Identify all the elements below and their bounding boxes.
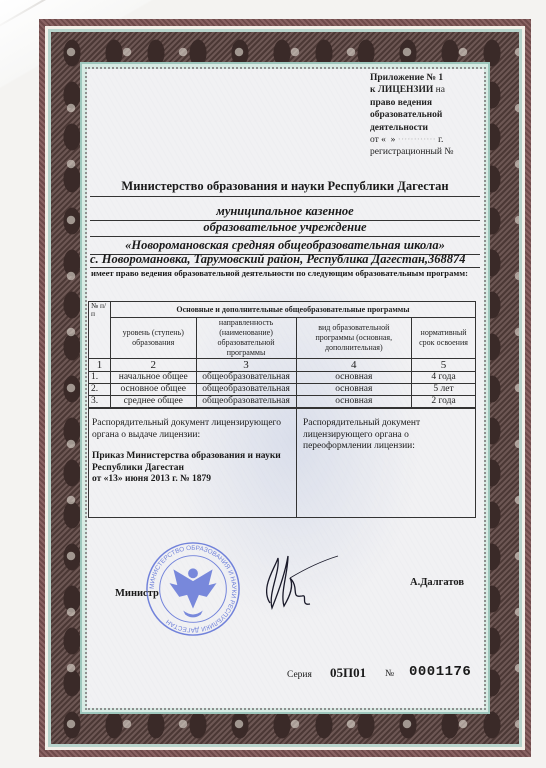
- appendix-date-suffix: г.: [438, 135, 443, 145]
- institution-type-line2: образовательное учреждение: [90, 220, 480, 237]
- col-kind-header: вид образовательной программы (основная,…: [296, 318, 412, 359]
- appendix-date-prefix: от «: [370, 135, 386, 145]
- appendix-license-tail: на: [433, 85, 445, 95]
- appendix-license-ref: к ЛИЦЕНЗИИ на: [370, 84, 485, 96]
- series-label: Серия: [287, 670, 312, 680]
- right-statement: имеет право ведения образовательной деят…: [91, 268, 481, 279]
- appendix-header: Приложение № 1 к ЛИЦЕНЗИИ на право веден…: [370, 72, 485, 159]
- appendix-license-word: к ЛИЦЕНЗИИ: [370, 85, 433, 95]
- row-level: основное общее: [110, 384, 196, 396]
- institution-address: с. Новоромановка, Тарумовский район, Рес…: [90, 252, 480, 268]
- table-row: 3. среднее общее общеобразовательная осн…: [89, 396, 476, 408]
- signatory-name: А.Далгатов: [410, 577, 464, 588]
- row-term: 2 года: [412, 396, 476, 408]
- table-row: 2. основное общее общеобразовательная ос…: [89, 384, 476, 396]
- form-number: 0001176: [409, 664, 471, 680]
- row-kind: основная: [296, 372, 412, 384]
- institution-type-line1: муниципальное казенное: [90, 204, 480, 221]
- column-numbers-row: 1 2 3 4 5: [89, 359, 476, 372]
- issuance-order-line3: от «13» июня 2013 г. № 1879: [92, 474, 297, 486]
- row-direction: общеобразовательная: [196, 396, 296, 408]
- signature-icon: [250, 548, 350, 618]
- issuer-title: Министерство образования и науки Республ…: [90, 179, 480, 197]
- appendix-line4: образовательной: [370, 109, 485, 121]
- col-direction-header: направленность (наименование) образовате…: [196, 318, 296, 359]
- appendix-reg-number: регистрационный №: [370, 146, 485, 158]
- col-level-header: уровень (ступень) образования: [110, 318, 196, 359]
- signatory-title: Министр: [115, 588, 159, 599]
- column-number: 1: [89, 359, 111, 372]
- issuance-order-line2: Республики Дагестан: [92, 463, 297, 475]
- row-level: начальное общее: [110, 372, 196, 384]
- column-number: 2: [110, 359, 196, 372]
- row-direction: общеобразовательная: [196, 372, 296, 384]
- row-level: среднее общее: [110, 396, 196, 408]
- row-term: 5 лет: [412, 384, 476, 396]
- row-num: 3.: [89, 396, 111, 408]
- row-kind: основная: [296, 396, 412, 408]
- issuance-order: Приказ Министерства образования и науки …: [92, 451, 297, 486]
- series-value: 05П01: [330, 665, 366, 681]
- col-number-header: № п/п: [89, 302, 111, 359]
- issuance-document-label: Распорядительный документ лицензирующего…: [92, 418, 292, 441]
- table-group-header: Основные и дополнительные общеобразовате…: [110, 302, 475, 318]
- row-num: 1.: [89, 372, 111, 384]
- appendix-number: Приложение № 1: [370, 72, 485, 84]
- column-number: 5: [412, 359, 476, 372]
- column-number: 3: [196, 359, 296, 372]
- row-term: 4 года: [412, 372, 476, 384]
- col-term-header: нормативный срок освоения: [412, 318, 476, 359]
- reissue-document-label: Распорядительный документ лицензирующего…: [303, 418, 473, 453]
- number-label: №: [385, 669, 394, 679]
- row-num: 2.: [89, 384, 111, 396]
- appendix-line3: право ведения: [370, 97, 485, 109]
- appendix-date: от « » ············ г.: [370, 134, 485, 146]
- row-kind: основная: [296, 384, 412, 396]
- appendix-line5: деятельности: [370, 122, 485, 134]
- issuance-order-line1: Приказ Министерства образования и науки: [92, 451, 297, 463]
- table-row: 1. начальное общее общеобразовательная о…: [89, 372, 476, 384]
- column-number: 4: [296, 359, 412, 372]
- programs-table: № п/п Основные и дополнительные общеобра…: [88, 301, 476, 408]
- row-direction: общеобразовательная: [196, 384, 296, 396]
